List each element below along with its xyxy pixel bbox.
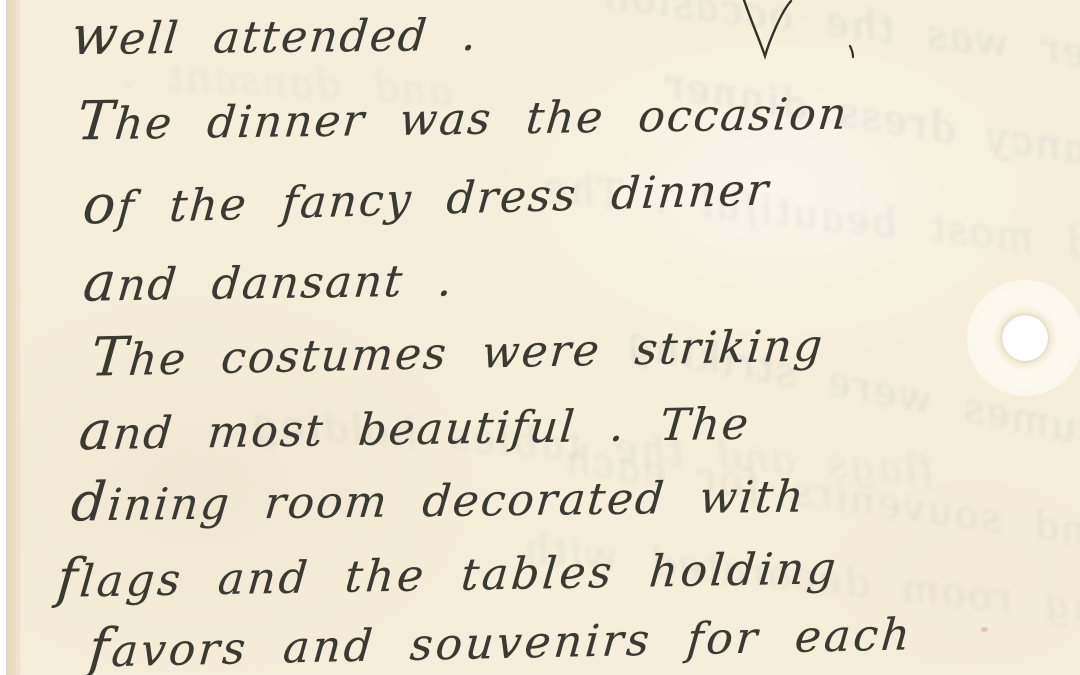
handwritten-line-6: and most beautiful . The — [77, 389, 754, 463]
handwritten-line-2: The dinner was the occasion — [75, 79, 852, 153]
handwritten-line-1: well attended . — [69, 0, 482, 67]
paper-left-edge — [6, 0, 20, 675]
scanned-page: The dinner was the occasion of the fancy… — [0, 0, 1080, 675]
hole-punch — [1002, 315, 1048, 361]
handwritten-line-7: dining room decorated with — [69, 462, 809, 534]
ink-speck — [981, 627, 988, 632]
handwritten-line-4: and dansant . — [81, 245, 457, 313]
